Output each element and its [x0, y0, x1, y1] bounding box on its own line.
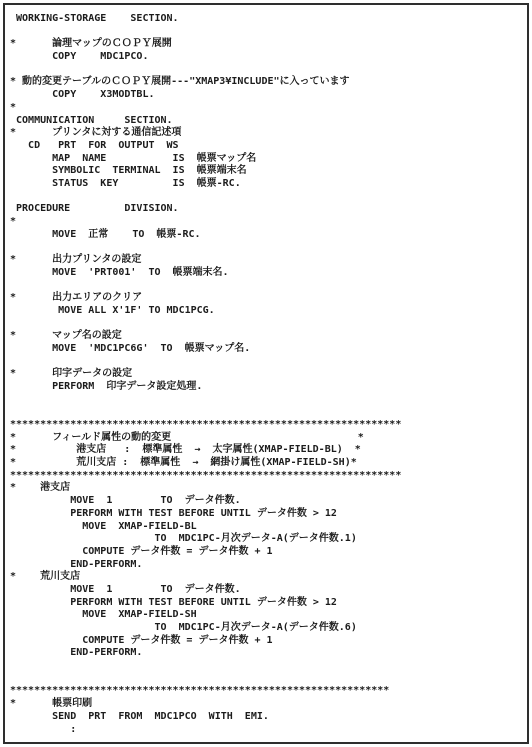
code-line: *: [10, 102, 527, 115]
code-line: MOVE 'MDC1PC6G' TO 帳票マップ名.: [10, 343, 527, 356]
code-line: MOVE XMAP-FIELD-BL: [10, 521, 527, 534]
code-line: MOVE 正常 TO 帳票-RC.: [10, 229, 527, 242]
cobol-source-listing: WORKING-STORAGE SECTION. * 論理マップのＣＯＰＹ展開 …: [5, 5, 527, 736]
code-line: * 港支店: [10, 482, 527, 495]
code-line: MAP NAME IS 帳票マップ名: [10, 153, 527, 166]
code-line: [10, 64, 527, 77]
code-line: COPY X3MODTBL.: [10, 89, 527, 102]
code-line: [10, 191, 527, 204]
code-line: * 荒川支店: [10, 571, 527, 584]
code-line: [10, 406, 527, 419]
code-line: WORKING-STORAGE SECTION.: [10, 13, 527, 26]
code-line: TO MDC1PC-月次データ-A(データ件数.6): [10, 622, 527, 635]
code-line: MOVE 1 TO データ件数.: [10, 495, 527, 508]
code-line: * プリンタに対する通信記述項: [10, 127, 527, 140]
page: WORKING-STORAGE SECTION. * 論理マップのＣＯＰＹ展開 …: [3, 3, 529, 744]
code-line: PERFORM WITH TEST BEFORE UNTIL データ件数 > 1…: [10, 508, 527, 521]
code-line: * 荒川支店 : 標準属性 → 網掛け属性(XMAP-FIELD-SH)*: [10, 457, 527, 470]
code-line: [10, 26, 527, 39]
code-line: COMPUTE データ件数 = データ件数 + 1: [10, 635, 527, 648]
code-line: MOVE 1 TO データ件数.: [10, 584, 527, 597]
code-line: *: [10, 216, 527, 229]
code-line: * 帳票印刷: [10, 698, 527, 711]
code-line: * フィールド属性の動的変更 *: [10, 432, 527, 445]
code-line: MOVE XMAP-FIELD-SH: [10, 609, 527, 622]
code-line: [10, 318, 527, 331]
code-line: COMPUTE データ件数 = データ件数 + 1: [10, 546, 527, 559]
code-line: MOVE 'PRT001' TO 帳票端末名.: [10, 267, 527, 280]
code-line: STATUS KEY IS 帳票-RC.: [10, 178, 527, 191]
code-line: [10, 279, 527, 292]
code-line: * 出力プリンタの設定: [10, 254, 527, 267]
code-line: TO MDC1PC-月次データ-A(データ件数.1): [10, 533, 527, 546]
code-line: COMMUNICATION SECTION.: [10, 115, 527, 128]
code-line: [10, 241, 527, 254]
code-line: [10, 356, 527, 369]
code-line: ****************************************…: [10, 470, 527, 483]
code-line: END-PERFORM.: [10, 647, 527, 660]
code-line: [10, 660, 527, 673]
code-line: PERFORM WITH TEST BEFORE UNTIL データ件数 > 1…: [10, 597, 527, 610]
code-line: ****************************************…: [10, 685, 527, 698]
code-line: * 出力エリアのクリア: [10, 292, 527, 305]
code-line: COPY MDC1PCO.: [10, 51, 527, 64]
code-line: SYMBOLIC TERMINAL IS 帳票端末名: [10, 165, 527, 178]
code-line: :: [10, 724, 527, 737]
code-line: * 印字データの設定: [10, 368, 527, 381]
code-line: PERFORM 印字データ設定処理.: [10, 381, 527, 394]
code-line: * マップ名の設定: [10, 330, 527, 343]
code-line: MOVE ALL X'1F' TO MDC1PCG.: [10, 305, 527, 318]
code-line: [10, 673, 527, 686]
code-line: PROCEDURE DIVISION.: [10, 203, 527, 216]
code-line: * 動的変更テーブルのＣＯＰＹ展開---"XMAP3¥INCLUDE"に入ってい…: [10, 76, 527, 89]
code-line: ****************************************…: [10, 419, 527, 432]
code-line: SEND PRT FROM MDC1PCO WITH EMI.: [10, 711, 527, 724]
code-line: * 論理マップのＣＯＰＹ展開: [10, 38, 527, 51]
code-line: * 港支店 : 標準属性 → 太字属性(XMAP-FIELD-BL) *: [10, 444, 527, 457]
code-line: END-PERFORM.: [10, 559, 527, 572]
code-line: CD PRT FOR OUTPUT WS: [10, 140, 527, 153]
code-line: [10, 394, 527, 407]
